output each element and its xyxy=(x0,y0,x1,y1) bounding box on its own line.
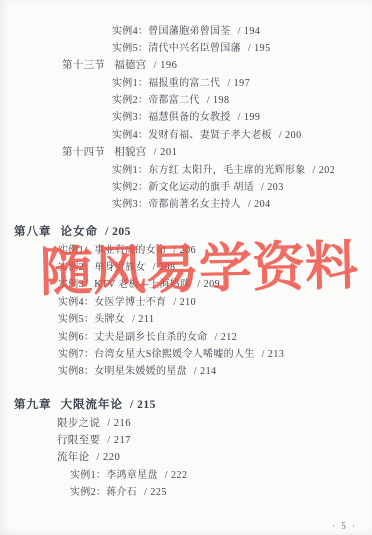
toc-row-page-number: / 194 xyxy=(238,26,261,37)
toc-list: 实例4：曾国藩胞弟曾国荃/ 194实例5：清代中兴名臣曾国藩/ 195第十三节福… xyxy=(0,23,372,502)
toc-row: 实例5：头牌女/ 211 xyxy=(0,311,372,328)
toc-row-prefix: 第八章 xyxy=(14,226,52,238)
toc-row-page-number: / 216 xyxy=(107,418,131,429)
toc-row-page-number: / 211 xyxy=(132,314,154,325)
toc-row-label: 实例2：蒋介石 xyxy=(70,487,137,498)
toc-row: 实例4：女医学博士不育/ 210 xyxy=(0,294,372,311)
toc-row: 实例1：福报重的富二代/ 197 xyxy=(0,75,372,92)
toc-row-page-number: / 199 xyxy=(238,112,261,123)
toc-row-label: 实例8：女明星朱媛媛的星盘 xyxy=(58,366,187,377)
toc-row-page-number: / 222 xyxy=(165,470,188,481)
toc-row-label: 实例3：KTV 老板—上海妈咪 xyxy=(58,279,190,290)
toc-row-label: 流年论 xyxy=(57,452,89,463)
toc-row-page-number: / 196 xyxy=(154,60,178,71)
toc-row-page-number: / 206 xyxy=(173,245,196,256)
toc-row-label: 行限至要 xyxy=(57,435,100,446)
toc-row-page-number: / 215 xyxy=(130,399,156,411)
toc-row: 实例4：发财有福、妻贤子孝大老板/ 200 xyxy=(0,127,372,144)
toc-row-page-number: / 217 xyxy=(107,435,131,446)
toc-row: 第九章大限流年论/ 215 xyxy=(0,397,372,414)
toc-row: 实例6：丈夫是副乡长自杀的女命/ 212 xyxy=(0,329,372,346)
toc-row-label: 实例3：福慧俱备的女教授 xyxy=(112,112,231,123)
toc-row-page-number: / 197 xyxy=(227,78,250,89)
toc-row-label: 实例3：帝都前著名女主持人 xyxy=(112,199,241,210)
toc-row-label: 实例4：曾国藩胞弟曾国荃 xyxy=(112,26,231,37)
toc-row-prefix: 第十三节 xyxy=(62,60,105,71)
toc-row-label: 实例6：丈夫是副乡长自杀的女命 xyxy=(58,332,208,343)
toc-row-page-number: / 202 xyxy=(313,165,336,176)
toc-row-page-number: / 213 xyxy=(262,349,285,360)
toc-row-label: 实例1：李鸿章星盘 xyxy=(70,470,158,481)
toc-row-label: 实例5：头牌女 xyxy=(58,314,125,325)
toc-row-page-number: / 212 xyxy=(215,332,238,343)
toc-row-page-number: / 205 xyxy=(105,226,131,238)
toc-row: 实例1：李鸿章星盘/ 222 xyxy=(0,467,372,484)
toc-row-page-number: / 209 xyxy=(197,279,220,290)
toc-row-label: 实例2：单身贵族女 xyxy=(58,262,146,273)
toc-row: 实例1：东方红 太阳升，毛主席的光辉形象/ 202 xyxy=(0,162,372,179)
toc-row-label: 福德宫 xyxy=(114,60,146,71)
toc-row: 第八章论女命/ 205 xyxy=(0,224,372,241)
toc-row: 实例3：福慧俱备的女教授/ 199 xyxy=(0,109,372,126)
toc-row-label: 实例2：帝都富二代 xyxy=(112,95,200,106)
toc-row: 实例5：清代中兴名臣曾国藩/ 195 xyxy=(0,40,372,57)
toc-row-prefix: 第九章 xyxy=(14,399,52,411)
toc-row: 实例3：帝都前著名女主持人/ 204 xyxy=(0,196,372,213)
toc-row: 行限至要/ 217 xyxy=(0,432,372,449)
toc-row-page-number: / 195 xyxy=(248,43,271,54)
toc-row: 实例8：女明星朱媛媛的星盘/ 214 xyxy=(0,363,372,380)
toc-row: 实例2：蒋介石/ 225 xyxy=(0,484,372,501)
toc-row-label: 实例1：东方红 太阳升，毛主席的光辉形象 xyxy=(112,165,306,176)
toc-row-label: 实例1：福报重的富二代 xyxy=(112,78,220,89)
toc-row: 实例2：帝都富二代/ 198 xyxy=(0,92,372,109)
toc-row-page-number: / 220 xyxy=(96,452,120,463)
toc-row: 实例2：新文化运动的旗手 胡适/ 203 xyxy=(0,179,372,196)
book-page: 实例4：曾国藩胞弟曾国荃/ 194实例5：清代中兴名臣曾国藩/ 195第十三节福… xyxy=(0,0,372,535)
toc-row-prefix: 第十四节 xyxy=(62,147,105,158)
toc-row-label: 论女命 xyxy=(61,226,99,238)
toc-row-label: 实例4：发财有福、妻贤子孝大老板 xyxy=(112,130,272,141)
toc-row-page-number: / 198 xyxy=(207,95,230,106)
toc-row-page-number: / 214 xyxy=(194,366,217,377)
page-number: · 5 · xyxy=(332,521,357,531)
toc-row: 第十三节福德宫/ 196 xyxy=(0,57,372,74)
toc-row-page-number: / 204 xyxy=(248,199,271,210)
toc-row-page-number: / 225 xyxy=(144,487,167,498)
toc-row-label: 实例5：清代中兴名臣曾国藩 xyxy=(112,43,241,54)
toc-row: 实例4：曾国藩胞弟曾国荃/ 194 xyxy=(0,23,372,40)
toc-row-label: 实例1：事业有成的女命 xyxy=(58,245,166,256)
toc-row-page-number: / 201 xyxy=(154,147,178,158)
toc-row-label: 限步之说 xyxy=(57,418,100,429)
toc-row: 实例2：单身贵族女/ 208 xyxy=(0,259,372,276)
toc-row: 第十四节相貌宫/ 201 xyxy=(0,144,372,161)
toc-row: 实例7：台湾女星大S徐熙媛令人唏嘘的人生/ 213 xyxy=(0,346,372,363)
toc-row-label: 实例2：新文化运动的旗手 胡适 xyxy=(112,182,254,193)
toc-row-label: 大限流年论 xyxy=(61,399,124,411)
toc-row-page-number: / 203 xyxy=(261,182,284,193)
toc-row: 流年论/ 220 xyxy=(0,449,372,466)
toc-row-label: 相貌宫 xyxy=(114,147,146,158)
toc-row-page-number: / 210 xyxy=(173,297,196,308)
toc-row: 实例3：KTV 老板—上海妈咪/ 209 xyxy=(0,276,372,293)
toc-row: 实例1：事业有成的女命/ 206 xyxy=(0,242,372,259)
toc-row: 限步之说/ 216 xyxy=(0,415,372,432)
toc-row-page-number: / 200 xyxy=(279,130,302,141)
toc-row-page-number: / 208 xyxy=(153,262,176,273)
toc-row-label: 实例7：台湾女星大S徐熙媛令人唏嘘的人生 xyxy=(58,349,255,360)
toc-row-label: 实例4：女医学博士不育 xyxy=(58,297,166,308)
